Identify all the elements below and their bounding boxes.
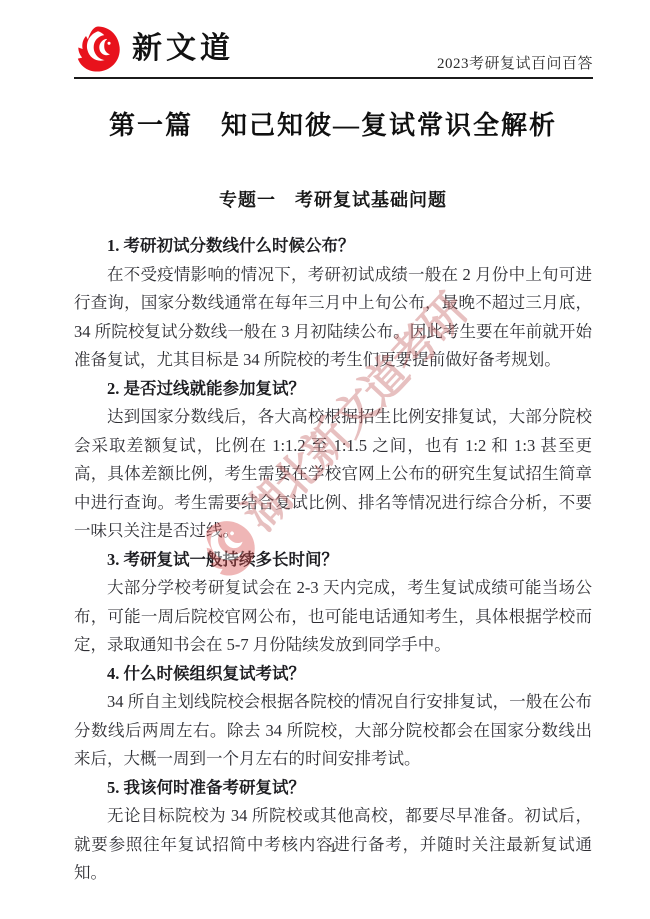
answer: 在不受疫情影响的情况下，考研初试成绩一般在 2 月份中上旬可进行查询，国家分数线… — [74, 261, 592, 375]
qa-item: 2. 是否过线就能参加复试？ 达到国家分数线后，各大高校根据招生比例安排复试，大… — [74, 375, 592, 546]
qa-item: 5. 我该何时准备考研复试？ 无论目标院校为 34 所院校或其他高校，都要尽早准… — [74, 774, 592, 888]
qa-item: 4. 什么时候组织复试考试？ 34 所自主划线院校会根据各院校的情况自行安排复试… — [74, 660, 592, 774]
phoenix-logo-icon — [74, 25, 122, 73]
page-number: 1 — [74, 841, 592, 857]
page-header: 新文道 2023考研复试百问百答 — [74, 0, 593, 79]
document-page: 新文道 2023考研复试百问百答 第一篇 知己知彼—复试常识全解析 专题一 考研… — [0, 0, 650, 919]
answer: 达到国家分数线后，各大高校根据招生比例安排复试，大部分院校会采取差额复试，比例在… — [74, 403, 592, 546]
section-subtitle: 专题一 考研复试基础问题 — [74, 190, 592, 212]
qa-list: 1. 考研初试分数线什么时候公布？ 在不受疫情影响的情况下，考研初试成绩一般在 … — [74, 232, 592, 888]
brand: 新文道 — [74, 25, 234, 73]
page-title: 第一篇 知己知彼—复试常识全解析 — [74, 110, 592, 143]
qa-item: 3. 考研复试一般持续多长时间？ 大部分学校考研复试会在 2-3 天内完成，考生… — [74, 546, 592, 660]
question: 4. 什么时候组织复试考试？ — [74, 660, 592, 689]
document-body: 第一篇 知己知彼—复试常识全解析 专题一 考研复试基础问题 1. 考研初试分数线… — [74, 79, 592, 888]
question: 5. 我该何时准备考研复试？ — [74, 774, 592, 803]
question: 3. 考研复试一般持续多长时间？ — [74, 546, 592, 575]
question: 1. 考研初试分数线什么时候公布？ — [74, 232, 592, 261]
brand-name: 新文道 — [132, 34, 234, 64]
answer: 34 所自主划线院校会根据各院校的情况自行安排复试，一般在公布分数线后两周左右。… — [74, 688, 592, 774]
question: 2. 是否过线就能参加复试？ — [74, 375, 592, 404]
header-doc-title: 2023考研复试百问百答 — [437, 52, 593, 73]
qa-item: 1. 考研初试分数线什么时候公布？ 在不受疫情影响的情况下，考研初试成绩一般在 … — [74, 232, 592, 375]
answer: 大部分学校考研复试会在 2-3 天内完成，考生复试成绩可能当场公布，可能一周后院… — [74, 574, 592, 660]
